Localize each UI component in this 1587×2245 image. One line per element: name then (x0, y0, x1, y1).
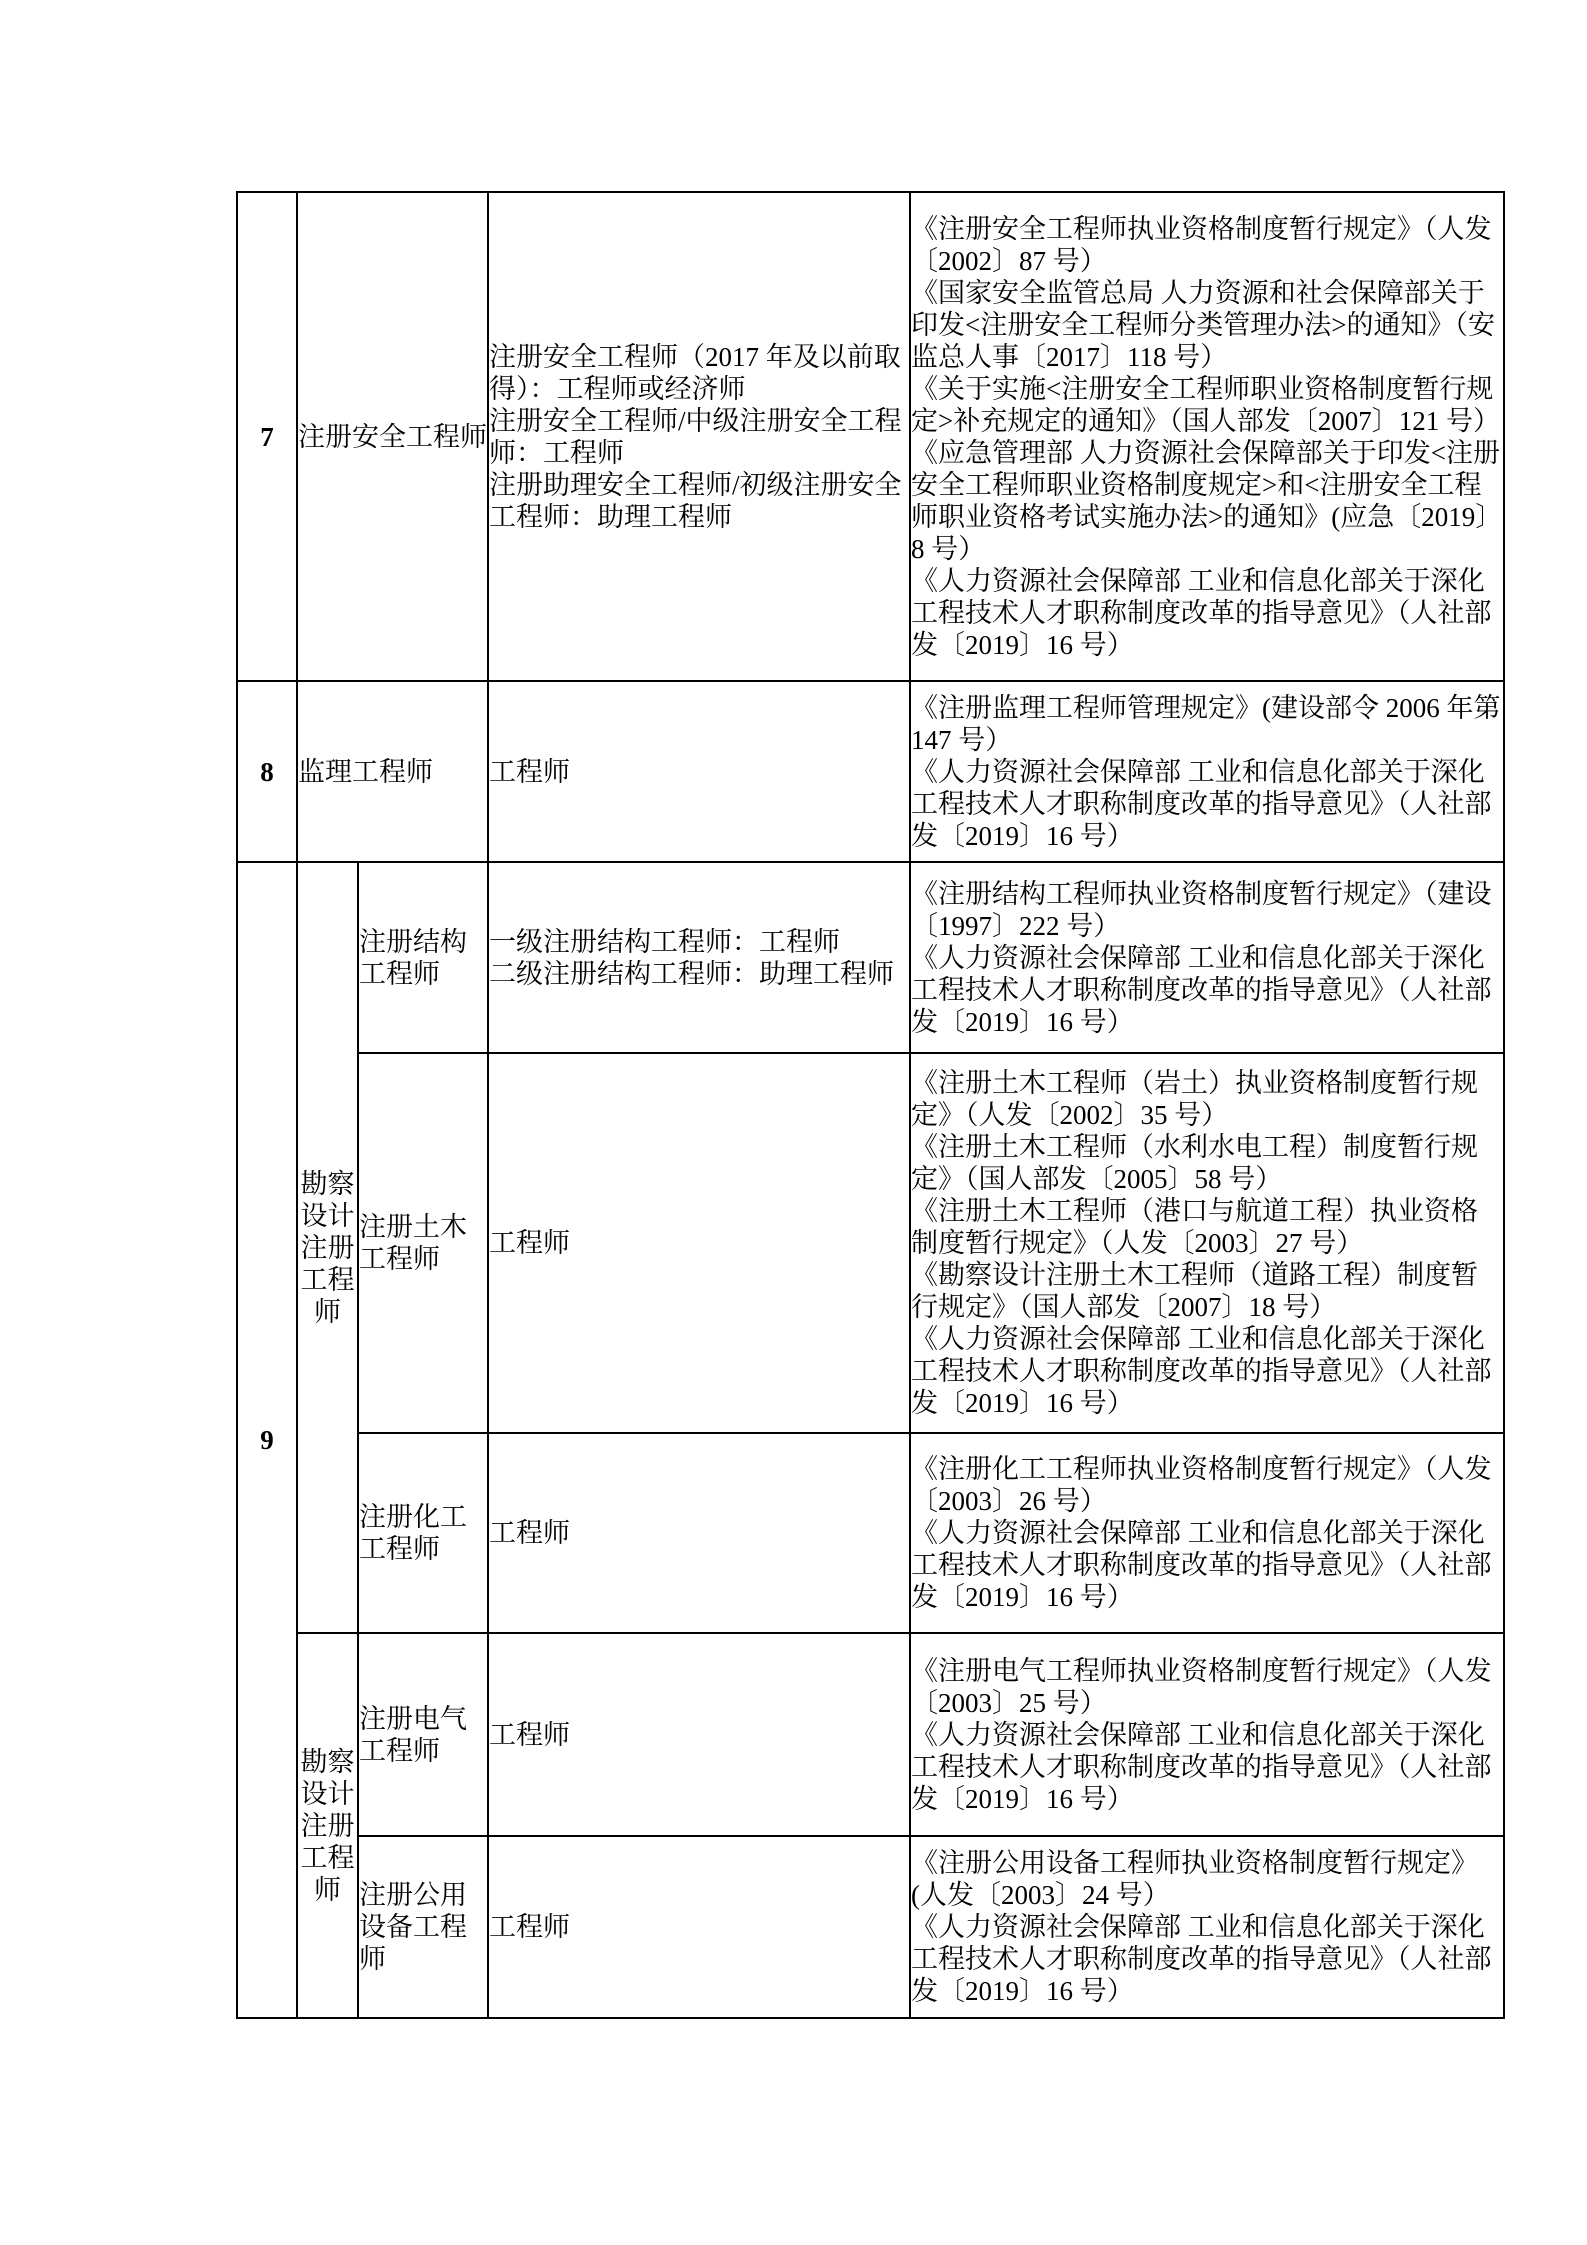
row-9-electrical: 勘察设计注册工程师 注册电气工程师 工程师 《注册电气工程师执业资格制度暂行规定… (237, 1633, 1504, 1836)
row8-titles-cell: 工程师 (488, 681, 910, 862)
row9-electrical-name-cell: 注册电气工程师 (358, 1633, 488, 1836)
row9-chemical-regulations-cell: 《注册化工工程师执业资格制度暂行规定》（人发〔2003〕26 号） 《人力资源社… (910, 1433, 1504, 1633)
row9-chemical-titles-cell: 工程师 (488, 1433, 910, 1633)
row-7: 7 注册安全工程师 注册安全工程师（2017 年及以前取得）：工程师或经济师 注… (237, 192, 1504, 681)
row9-civil-name-cell: 注册土木工程师 (358, 1053, 488, 1433)
row9-electrical-regulations-cell: 《注册电气工程师执业资格制度暂行规定》（人发〔2003〕25 号） 《人力资源社… (910, 1633, 1504, 1836)
row7-number-cell: 7 (237, 192, 297, 681)
row-9-civil: 注册土木工程师 工程师 《注册土木工程师（岩土）执业资格制度暂行规定》（人发〔2… (237, 1053, 1504, 1433)
row7-regulations-cell: 《注册安全工程师执业资格制度暂行规定》（人发〔2002〕87 号） 《国家安全监… (910, 192, 1504, 681)
row9-group1-name-cell: 勘察设计注册工程师 (297, 862, 358, 1633)
row9-public-utility-titles-cell: 工程师 (488, 1836, 910, 2018)
row9-structural-titles-cell: 一级注册结构工程师：工程师 二级注册结构工程师：助理工程师 (488, 862, 910, 1053)
row-8: 8 监理工程师 工程师 《注册监理工程师管理规定》(建设部令 2006 年第 1… (237, 681, 1504, 862)
row9-public-utility-regulations-cell: 《注册公用设备工程师执业资格制度暂行规定》(人发〔2003〕24 号） 《人力资… (910, 1836, 1504, 2018)
row9-number-cell: 9 (237, 862, 297, 2018)
row8-number-cell: 8 (237, 681, 297, 862)
row-9-structural: 9 勘察设计注册工程师 注册结构工程师 一级注册结构工程师：工程师 二级注册结构… (237, 862, 1504, 1053)
qualification-table: 7 注册安全工程师 注册安全工程师（2017 年及以前取得）：工程师或经济师 注… (236, 191, 1505, 2019)
row8-regulations-cell: 《注册监理工程师管理规定》(建设部令 2006 年第 147 号） 《人力资源社… (910, 681, 1504, 862)
row9-civil-titles-cell: 工程师 (488, 1053, 910, 1433)
document-page: 7 注册安全工程师 注册安全工程师（2017 年及以前取得）：工程师或经济师 注… (0, 0, 1587, 2245)
row-9-chemical: 注册化工工程师 工程师 《注册化工工程师执业资格制度暂行规定》（人发〔2003〕… (237, 1433, 1504, 1633)
row7-profession-name-cell: 注册安全工程师 (297, 192, 488, 681)
row9-electrical-titles-cell: 工程师 (488, 1633, 910, 1836)
row9-chemical-name-cell: 注册化工工程师 (358, 1433, 488, 1633)
row9-structural-name-cell: 注册结构工程师 (358, 862, 488, 1053)
row9-structural-regulations-cell: 《注册结构工程师执业资格制度暂行规定》（建设〔1997〕222 号） 《人力资源… (910, 862, 1504, 1053)
row7-titles-cell: 注册安全工程师（2017 年及以前取得）：工程师或经济师 注册安全工程师/中级注… (488, 192, 910, 681)
row9-civil-regulations-cell: 《注册土木工程师（岩土）执业资格制度暂行规定》（人发〔2002〕35 号） 《注… (910, 1053, 1504, 1433)
row9-group2-name-cell: 勘察设计注册工程师 (297, 1633, 358, 2018)
row9-public-utility-name-cell: 注册公用设备工程师 (358, 1836, 488, 2018)
row-9-public-utility: 注册公用设备工程师 工程师 《注册公用设备工程师执业资格制度暂行规定》(人发〔2… (237, 1836, 1504, 2018)
row8-profession-name-cell: 监理工程师 (297, 681, 488, 862)
